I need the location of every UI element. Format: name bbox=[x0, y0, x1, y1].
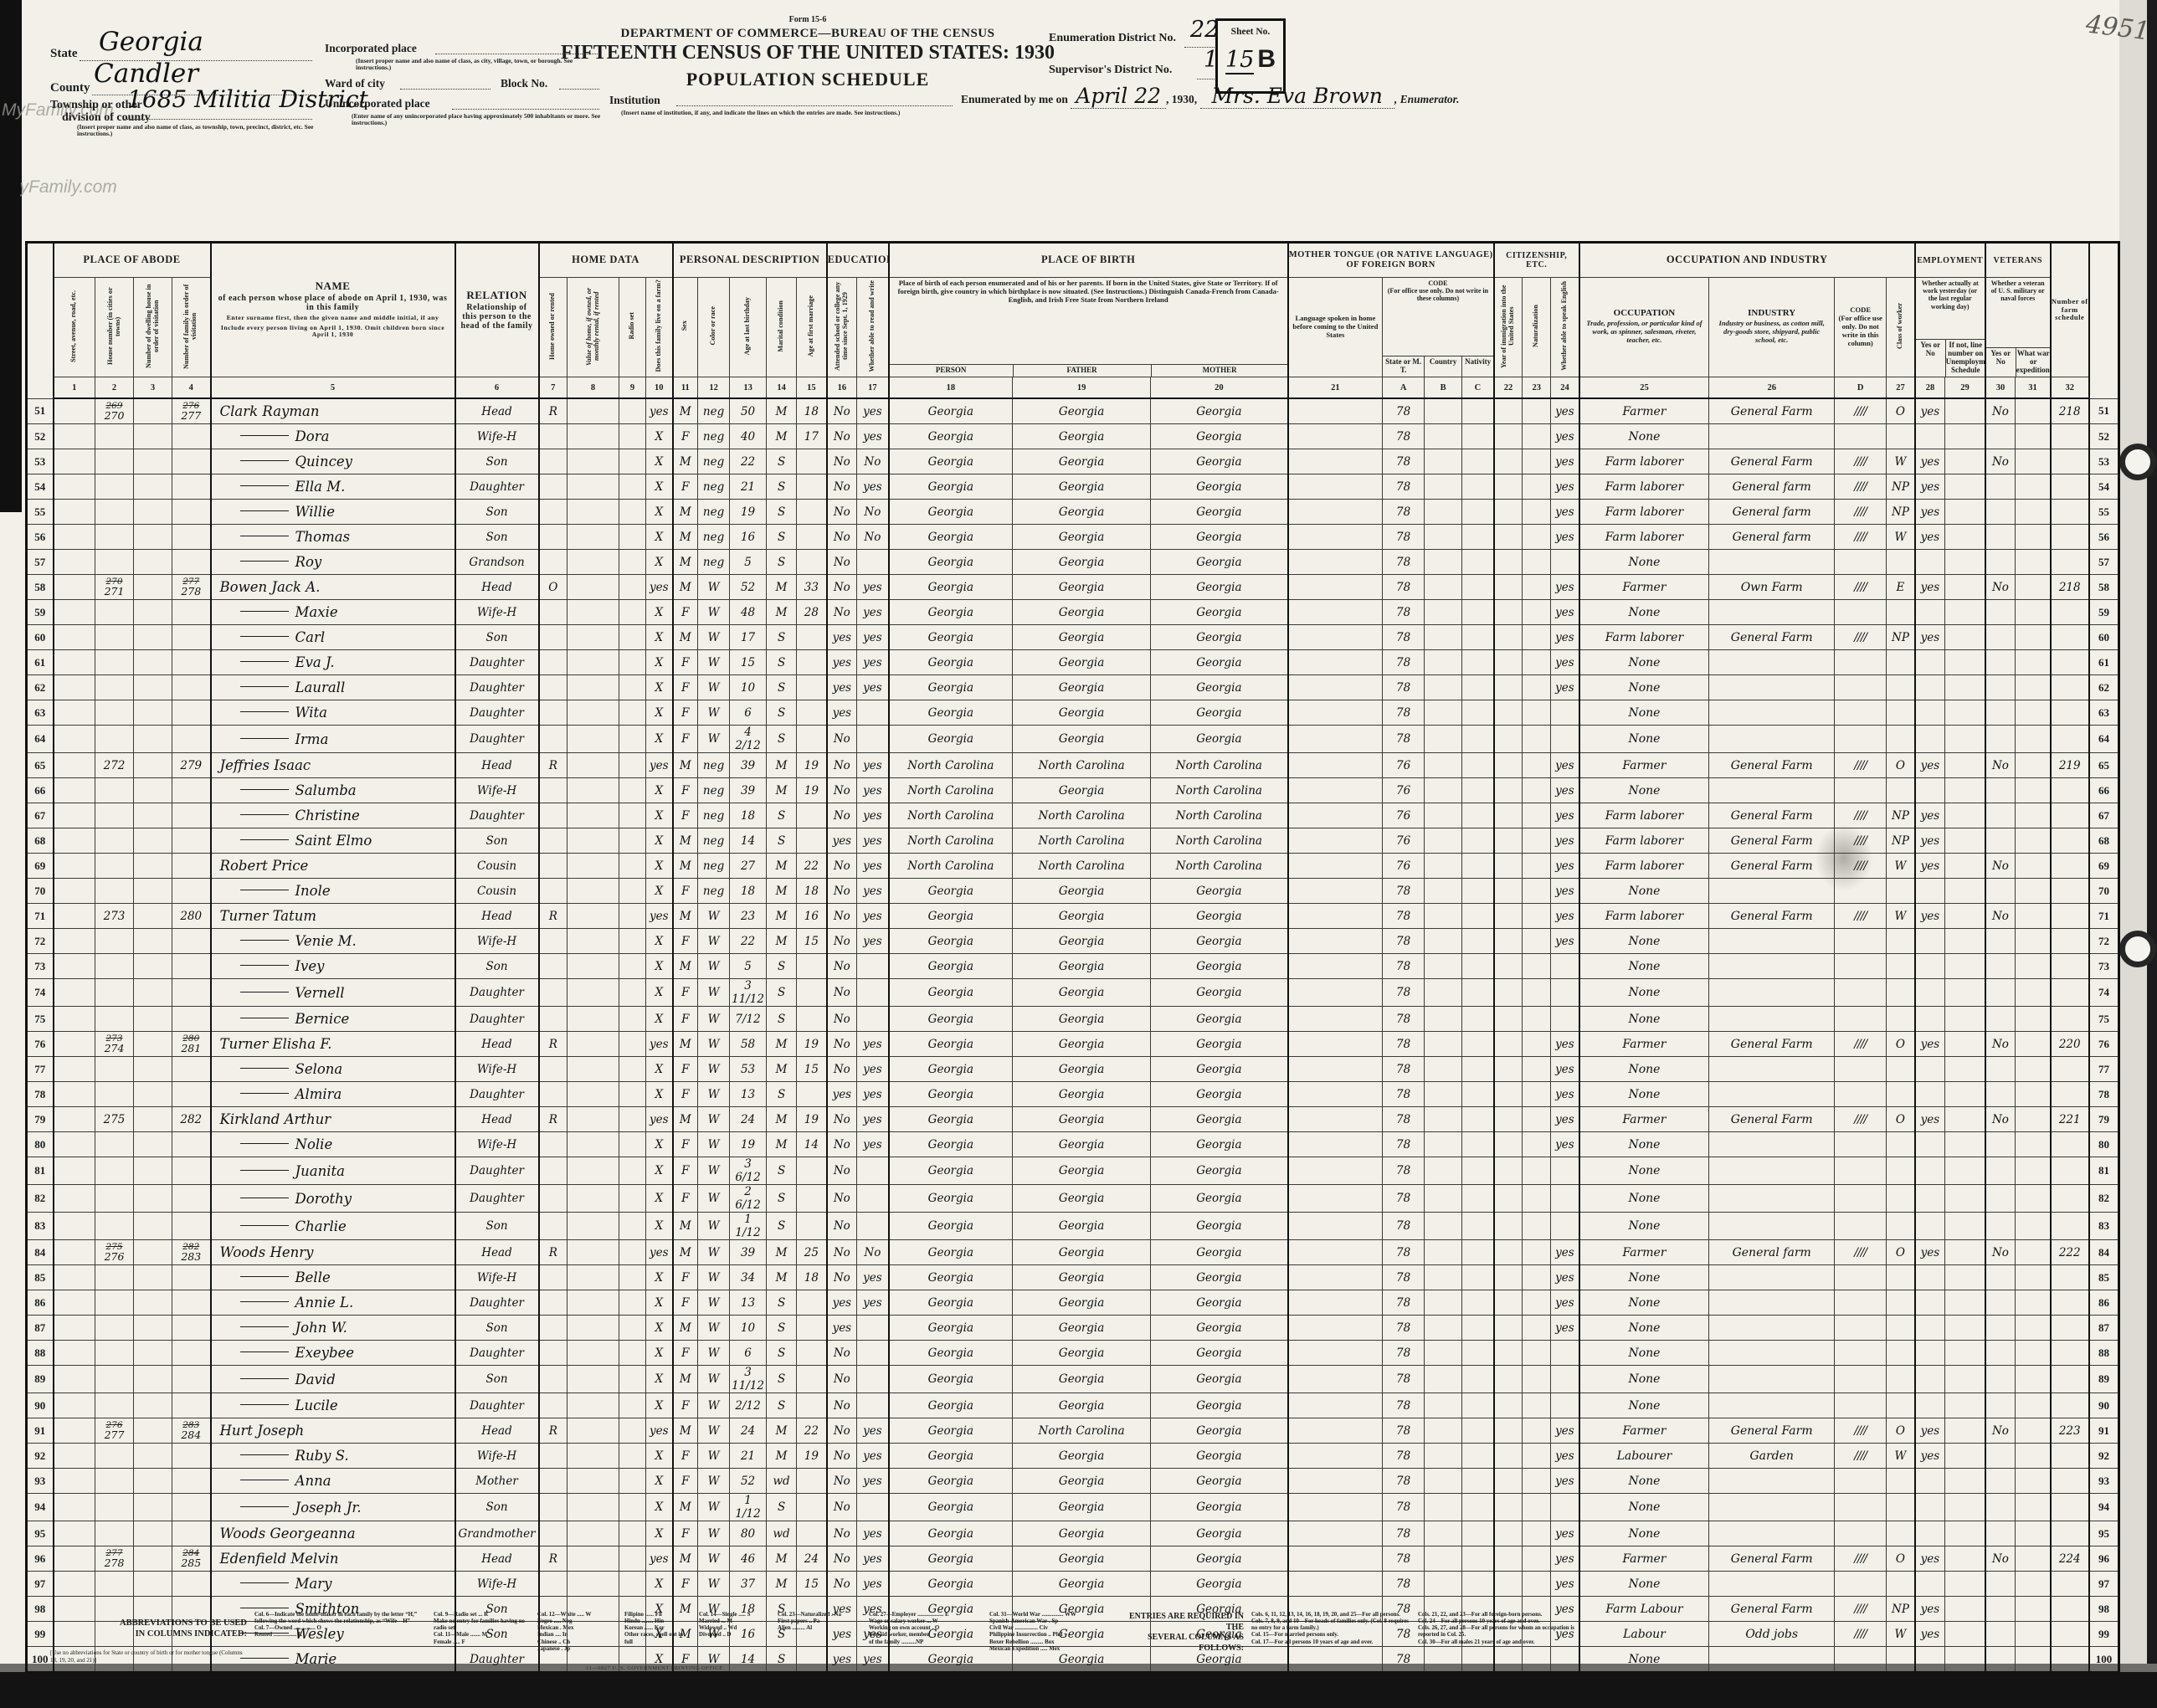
street-cell bbox=[54, 1494, 95, 1521]
pob-cell: Georgia bbox=[889, 449, 1013, 474]
race-cell: neg bbox=[698, 550, 730, 575]
occ-cell: None bbox=[1579, 1316, 1709, 1341]
scan-right-margin bbox=[2119, 0, 2147, 1708]
cA-cell: 78 bbox=[1383, 1444, 1425, 1469]
farm-cell: yes bbox=[646, 1107, 673, 1132]
wk-cell: yes bbox=[1915, 1032, 1945, 1057]
ln-cell: 83 bbox=[27, 1213, 54, 1240]
sex-cell: F bbox=[673, 879, 698, 904]
radio-cell bbox=[619, 1057, 646, 1082]
vet-cell: No bbox=[1985, 1418, 2016, 1444]
occ-cell: None bbox=[1579, 1341, 1709, 1366]
dw-cell bbox=[134, 650, 172, 675]
mar-cell: M bbox=[767, 1265, 797, 1290]
mar-cell: S bbox=[767, 828, 797, 854]
fno-cell bbox=[2051, 904, 2089, 929]
sex-cell: M bbox=[673, 1032, 698, 1057]
sex-cell: M bbox=[673, 575, 698, 600]
val-cell bbox=[567, 600, 619, 625]
sch-cell: No bbox=[827, 1546, 857, 1572]
ln-cell: 61 bbox=[27, 650, 54, 675]
vet-cell bbox=[1985, 424, 2016, 449]
sch-cell: No bbox=[827, 1469, 857, 1494]
mar-cell: wd bbox=[767, 1469, 797, 1494]
f-cell bbox=[172, 1157, 211, 1185]
column-number: 18 bbox=[889, 377, 1013, 399]
n-cell: Vernell bbox=[211, 979, 455, 1007]
race-cell: W bbox=[698, 1546, 730, 1572]
age-cell: 5 bbox=[730, 550, 767, 575]
ln2-cell: 85 bbox=[2089, 1265, 2119, 1290]
pm-cell: Georgia bbox=[1151, 650, 1288, 675]
wk-cell bbox=[1915, 1157, 1945, 1185]
census-row: 61Eva J.DaughterXFW15SyesyesGeorgiaGeorg… bbox=[27, 650, 2119, 675]
cD-cell bbox=[1835, 1393, 1887, 1418]
val-cell bbox=[567, 1032, 619, 1057]
lang-cell bbox=[1288, 1469, 1383, 1494]
rw-cell: yes bbox=[857, 650, 889, 675]
sex-cell: M bbox=[673, 1494, 698, 1521]
race-cell: W bbox=[698, 675, 730, 700]
race-cell: neg bbox=[698, 753, 730, 778]
sex-cell: M bbox=[673, 1107, 698, 1132]
census-row: 79275282Kirkland ArthurHeadRyesMW24M19No… bbox=[27, 1107, 2119, 1132]
street-cell bbox=[54, 1469, 95, 1494]
occ-cell: None bbox=[1579, 1157, 1709, 1185]
sex-cell: M bbox=[673, 398, 698, 424]
col-code-d: CODE(For office use only. Do not write i… bbox=[1835, 278, 1887, 377]
census-row: 74VernellDaughterXFW3 11/12SNoGeorgiaGeo… bbox=[27, 979, 2119, 1007]
ln-cell: 72 bbox=[27, 929, 54, 954]
cA-cell: 78 bbox=[1383, 1316, 1425, 1341]
d-cell bbox=[95, 650, 134, 675]
un-cell bbox=[1945, 474, 1985, 500]
own-cell bbox=[539, 625, 567, 650]
pob-cell: Georgia bbox=[889, 700, 1013, 726]
rw-cell: yes bbox=[857, 1546, 889, 1572]
rw-cell: yes bbox=[857, 1032, 889, 1057]
occ-cell: None bbox=[1579, 778, 1709, 803]
cB-cell bbox=[1425, 1521, 1462, 1546]
agem-cell bbox=[797, 525, 827, 550]
surname-ditto-mark bbox=[240, 1454, 289, 1455]
mar-cell: S bbox=[767, 979, 797, 1007]
fno-cell bbox=[2051, 700, 2089, 726]
nat-cell bbox=[1523, 550, 1551, 575]
pob-cell: Georgia bbox=[889, 1032, 1013, 1057]
dw-cell bbox=[134, 1521, 172, 1546]
street-cell bbox=[54, 854, 95, 879]
war-cell bbox=[2016, 449, 2051, 474]
rel-cell: Son bbox=[455, 828, 539, 854]
rel-cell: Wife-H bbox=[455, 778, 539, 803]
d-cell bbox=[95, 1521, 134, 1546]
ind-cell: Garden bbox=[1709, 1444, 1835, 1469]
nat-cell bbox=[1523, 398, 1551, 424]
col-age-first-marriage: Age at first marriage bbox=[797, 278, 827, 377]
sch-cell: yes bbox=[827, 1290, 857, 1316]
eng-cell: yes bbox=[1551, 500, 1579, 525]
rw-cell: yes bbox=[857, 1290, 889, 1316]
war-cell bbox=[2016, 929, 2051, 954]
ind-cell bbox=[1709, 1185, 1835, 1213]
cD-cell: //// bbox=[1835, 803, 1887, 828]
scan-edge-left bbox=[0, 0, 22, 512]
cls-cell: NP bbox=[1887, 625, 1915, 650]
agem-cell: 18 bbox=[797, 879, 827, 904]
pob-cell: Georgia bbox=[889, 600, 1013, 625]
cls-cell: O bbox=[1887, 398, 1915, 424]
own-cell bbox=[539, 879, 567, 904]
ind-cell: General farm bbox=[1709, 500, 1835, 525]
farm-cell: yes bbox=[646, 1240, 673, 1265]
county-label: County bbox=[50, 81, 90, 95]
imm-cell bbox=[1494, 1132, 1523, 1157]
ln2-cell: 81 bbox=[2089, 1157, 2119, 1185]
street-cell bbox=[54, 1213, 95, 1240]
fno-cell: 220 bbox=[2051, 1032, 2089, 1057]
agem-cell bbox=[797, 828, 827, 854]
rw-cell: yes bbox=[857, 600, 889, 625]
rel-cell: Cousin bbox=[455, 879, 539, 904]
cC-cell bbox=[1462, 1647, 1494, 1673]
nat-cell bbox=[1523, 1647, 1551, 1673]
age-cell: 40 bbox=[730, 424, 767, 449]
pob-cell: Georgia bbox=[889, 625, 1013, 650]
dw-cell bbox=[134, 778, 172, 803]
col-code-c: Nativity bbox=[1461, 356, 1493, 377]
war-cell bbox=[2016, 1107, 2051, 1132]
n-cell: Exeybee bbox=[211, 1341, 455, 1366]
d-cell bbox=[95, 424, 134, 449]
age-cell: 18 bbox=[730, 803, 767, 828]
cls-cell bbox=[1887, 1572, 1915, 1597]
race-cell: W bbox=[698, 650, 730, 675]
group-employment: EMPLOYMENT bbox=[1915, 243, 1985, 278]
mar-cell: S bbox=[767, 1082, 797, 1107]
d-cell bbox=[95, 675, 134, 700]
agem-cell bbox=[797, 1341, 827, 1366]
val-cell bbox=[567, 1316, 619, 1341]
enumeration-district-label: Enumeration District No. bbox=[1049, 32, 1176, 45]
lang-cell bbox=[1288, 1521, 1383, 1546]
sex-cell: M bbox=[673, 1366, 698, 1393]
pf-cell: Georgia bbox=[1013, 1521, 1151, 1546]
n-cell: Edenfield Melvin bbox=[211, 1546, 455, 1572]
d-cell bbox=[95, 1007, 134, 1032]
cls-cell bbox=[1887, 929, 1915, 954]
war-cell bbox=[2016, 525, 2051, 550]
cB-cell bbox=[1425, 525, 1462, 550]
cls-cell bbox=[1887, 1213, 1915, 1240]
radio-cell bbox=[619, 854, 646, 879]
val-cell bbox=[567, 575, 619, 600]
pob-cell: Georgia bbox=[889, 1057, 1013, 1082]
radio-cell bbox=[619, 449, 646, 474]
pm-cell: Georgia bbox=[1151, 1366, 1288, 1393]
radio-cell bbox=[619, 879, 646, 904]
surname-ditto-mark bbox=[240, 1608, 289, 1608]
nat-cell bbox=[1523, 753, 1551, 778]
f-cell bbox=[172, 700, 211, 726]
eng-cell bbox=[1551, 954, 1579, 979]
imm-cell bbox=[1494, 828, 1523, 854]
imm-cell bbox=[1494, 1546, 1523, 1572]
pob-cell: Georgia bbox=[889, 1393, 1013, 1418]
mar-cell: S bbox=[767, 474, 797, 500]
pob-cell: Georgia bbox=[889, 1366, 1013, 1393]
f-cell: 280281 bbox=[172, 1032, 211, 1057]
dw-cell bbox=[134, 675, 172, 700]
surname-ditto-mark bbox=[240, 1093, 289, 1094]
dw-cell bbox=[134, 753, 172, 778]
un-cell bbox=[1945, 1444, 1985, 1469]
sch-cell: No bbox=[827, 1572, 857, 1597]
rw-cell: yes bbox=[857, 803, 889, 828]
dw-cell bbox=[134, 398, 172, 424]
age-cell: 37 bbox=[730, 1572, 767, 1597]
eng-cell: yes bbox=[1551, 854, 1579, 879]
lang-cell bbox=[1288, 1494, 1383, 1521]
d-cell bbox=[95, 700, 134, 726]
vet-cell: No bbox=[1985, 1107, 2016, 1132]
cC-cell bbox=[1462, 1240, 1494, 1265]
cD-cell bbox=[1835, 726, 1887, 753]
street-cell bbox=[54, 1057, 95, 1082]
pm-cell: Georgia bbox=[1151, 474, 1288, 500]
farm-cell: X bbox=[646, 1185, 673, 1213]
un-cell bbox=[1945, 1418, 1985, 1444]
col-street: Street, avenue, road, etc. bbox=[54, 278, 95, 377]
cD-cell bbox=[1835, 424, 1887, 449]
val-cell bbox=[567, 1469, 619, 1494]
cA-cell: 78 bbox=[1383, 398, 1425, 424]
eng-cell: yes bbox=[1551, 828, 1579, 854]
rw-cell: yes bbox=[857, 753, 889, 778]
ln2-cell: 70 bbox=[2089, 879, 2119, 904]
rel-cell: Head bbox=[455, 575, 539, 600]
pob-cell: Georgia bbox=[889, 1521, 1013, 1546]
pob-cell: Georgia bbox=[889, 1572, 1013, 1597]
ln2-cell: 69 bbox=[2089, 854, 2119, 879]
own-cell bbox=[539, 1007, 567, 1032]
age-cell: 34 bbox=[730, 1265, 767, 1290]
pf-cell: Georgia bbox=[1013, 954, 1151, 979]
cC-cell bbox=[1462, 954, 1494, 979]
surname-ditto-mark bbox=[240, 814, 289, 815]
surname-ditto-mark bbox=[240, 536, 289, 536]
un-cell bbox=[1945, 1240, 1985, 1265]
un-cell bbox=[1945, 1622, 1985, 1647]
pf-cell: Georgia bbox=[1013, 1290, 1151, 1316]
entries-left: Cols. 6, 11, 12, 13, 14, 16, 18, 19, 20,… bbox=[1251, 1612, 1410, 1646]
dw-cell bbox=[134, 1185, 172, 1213]
agem-cell bbox=[797, 500, 827, 525]
cls-cell bbox=[1887, 1290, 1915, 1316]
fno-cell bbox=[2051, 726, 2089, 753]
column-number: 7 bbox=[539, 377, 567, 399]
cC-cell bbox=[1462, 1157, 1494, 1185]
radio-cell bbox=[619, 1393, 646, 1418]
lang-cell bbox=[1288, 954, 1383, 979]
ln-cell: 63 bbox=[27, 700, 54, 726]
ind-cell bbox=[1709, 1132, 1835, 1157]
eng-cell: yes bbox=[1551, 575, 1579, 600]
mar-cell: S bbox=[767, 700, 797, 726]
occ-cell: None bbox=[1579, 675, 1709, 700]
occ-cell: None bbox=[1579, 424, 1709, 449]
rw-cell bbox=[857, 1494, 889, 1521]
un-cell bbox=[1945, 424, 1985, 449]
cB-cell bbox=[1425, 929, 1462, 954]
col-code-a: State or M. T. bbox=[1383, 356, 1424, 377]
surname-ditto-mark bbox=[240, 1352, 289, 1352]
street-cell bbox=[54, 1444, 95, 1469]
column-number: 11 bbox=[673, 377, 698, 399]
cls-cell bbox=[1887, 1647, 1915, 1673]
pm-cell: Georgia bbox=[1151, 1185, 1288, 1213]
cB-cell bbox=[1425, 1546, 1462, 1572]
d-cell bbox=[95, 550, 134, 575]
cB-cell bbox=[1425, 778, 1462, 803]
vet-cell bbox=[1985, 1572, 2016, 1597]
occ-cell: Farm laborer bbox=[1579, 625, 1709, 650]
n-cell: Lucile bbox=[211, 1393, 455, 1418]
war-cell bbox=[2016, 650, 2051, 675]
eng-cell: yes bbox=[1551, 474, 1579, 500]
pf-cell: Georgia bbox=[1013, 1185, 1151, 1213]
dw-cell bbox=[134, 525, 172, 550]
d-cell bbox=[95, 1213, 134, 1240]
group-relation: RELATION Relationship of this person to … bbox=[455, 243, 539, 377]
ind-cell bbox=[1709, 954, 1835, 979]
cls-cell: O bbox=[1887, 1240, 1915, 1265]
mar-cell: M bbox=[767, 1107, 797, 1132]
rw-cell bbox=[857, 700, 889, 726]
pm-cell: Georgia bbox=[1151, 1290, 1288, 1316]
cA-cell: 78 bbox=[1383, 1494, 1425, 1521]
cC-cell bbox=[1462, 1032, 1494, 1057]
rw-cell: yes bbox=[857, 424, 889, 449]
pm-cell: Georgia bbox=[1151, 929, 1288, 954]
cA-cell: 78 bbox=[1383, 1265, 1425, 1290]
nat-cell bbox=[1523, 650, 1551, 675]
cB-cell bbox=[1425, 474, 1462, 500]
imm-cell bbox=[1494, 929, 1523, 954]
cC-cell bbox=[1462, 650, 1494, 675]
street-cell bbox=[54, 954, 95, 979]
cls-cell bbox=[1887, 700, 1915, 726]
f-cell bbox=[172, 1185, 211, 1213]
rw-cell: yes bbox=[857, 879, 889, 904]
eng-cell: yes bbox=[1551, 1316, 1579, 1341]
cD-cell: //// bbox=[1835, 1032, 1887, 1057]
race-cell: W bbox=[698, 1572, 730, 1597]
val-cell bbox=[567, 726, 619, 753]
pm-cell: Georgia bbox=[1151, 1546, 1288, 1572]
f-cell bbox=[172, 500, 211, 525]
pf-cell: Georgia bbox=[1013, 1107, 1151, 1132]
n-cell: Irma bbox=[211, 726, 455, 753]
sex-cell: F bbox=[673, 1157, 698, 1185]
cB-cell bbox=[1425, 1265, 1462, 1290]
abbr-col6-7: Col. 6—Indicate the home-maker in each f… bbox=[254, 1612, 426, 1639]
ind-cell bbox=[1709, 650, 1835, 675]
mar-cell: M bbox=[767, 854, 797, 879]
radio-cell bbox=[619, 1107, 646, 1132]
f-cell: 277278 bbox=[172, 575, 211, 600]
cA-cell: 78 bbox=[1383, 1647, 1425, 1673]
ind-cell bbox=[1709, 879, 1835, 904]
radio-cell bbox=[619, 1341, 646, 1366]
own-cell bbox=[539, 600, 567, 625]
dw-cell bbox=[134, 929, 172, 954]
pm-cell: Georgia bbox=[1151, 1007, 1288, 1032]
d-cell bbox=[95, 778, 134, 803]
rw-cell: yes bbox=[857, 1469, 889, 1494]
cls-cell bbox=[1887, 778, 1915, 803]
sch-cell: No bbox=[827, 1366, 857, 1393]
surname-ditto-mark bbox=[240, 1326, 289, 1327]
un-cell bbox=[1945, 1366, 1985, 1393]
pob-cell: Georgia bbox=[889, 398, 1013, 424]
wk-cell bbox=[1915, 1132, 1945, 1157]
occ-cell: None bbox=[1579, 879, 1709, 904]
pf-cell: Georgia bbox=[1013, 675, 1151, 700]
mar-cell: M bbox=[767, 600, 797, 625]
sch-cell: yes bbox=[827, 1316, 857, 1341]
census-row: 83CharlieSonXMW1 1/12SNoGeorgiaGeorgiaGe… bbox=[27, 1213, 2119, 1240]
imm-cell bbox=[1494, 1393, 1523, 1418]
war-cell bbox=[2016, 1132, 2051, 1157]
d-cell bbox=[95, 803, 134, 828]
farm-cell: X bbox=[646, 650, 673, 675]
pf-cell: Georgia bbox=[1013, 1265, 1151, 1290]
own-cell bbox=[539, 1213, 567, 1240]
mar-cell: M bbox=[767, 778, 797, 803]
lang-cell bbox=[1288, 979, 1383, 1007]
d-cell: 273274 bbox=[95, 1032, 134, 1057]
occ-cell: None bbox=[1579, 1082, 1709, 1107]
nat-cell bbox=[1523, 600, 1551, 625]
cls-cell bbox=[1887, 1469, 1915, 1494]
rw-cell: yes bbox=[857, 575, 889, 600]
mar-cell: M bbox=[767, 879, 797, 904]
cD-cell: //// bbox=[1835, 474, 1887, 500]
pm-cell: Georgia bbox=[1151, 449, 1288, 474]
dw-cell bbox=[134, 575, 172, 600]
census-row: 57RoyGrandsonXMneg5SNoGeorgiaGeorgiaGeor… bbox=[27, 550, 2119, 575]
occ-cell: None bbox=[1579, 600, 1709, 625]
street-cell bbox=[54, 803, 95, 828]
census-row: 59MaxieWife-HXFW48M28NoyesGeorgiaGeorgia… bbox=[27, 600, 2119, 625]
war-cell bbox=[2016, 753, 2051, 778]
pm-cell: Georgia bbox=[1151, 1132, 1288, 1157]
street-cell bbox=[54, 625, 95, 650]
rel-cell: Grandson bbox=[455, 550, 539, 575]
col-house-number: House number (in cities or towns) bbox=[95, 278, 134, 377]
lang-cell bbox=[1288, 879, 1383, 904]
un-cell bbox=[1945, 854, 1985, 879]
cls-cell: NP bbox=[1887, 500, 1915, 525]
pm-cell: Georgia bbox=[1151, 1265, 1288, 1290]
rw-cell: yes bbox=[857, 625, 889, 650]
rel-cell: Wife-H bbox=[455, 600, 539, 625]
fno-cell bbox=[2051, 1290, 2089, 1316]
farm-cell: X bbox=[646, 929, 673, 954]
radio-cell bbox=[619, 726, 646, 753]
column-number: 16 bbox=[827, 377, 857, 399]
